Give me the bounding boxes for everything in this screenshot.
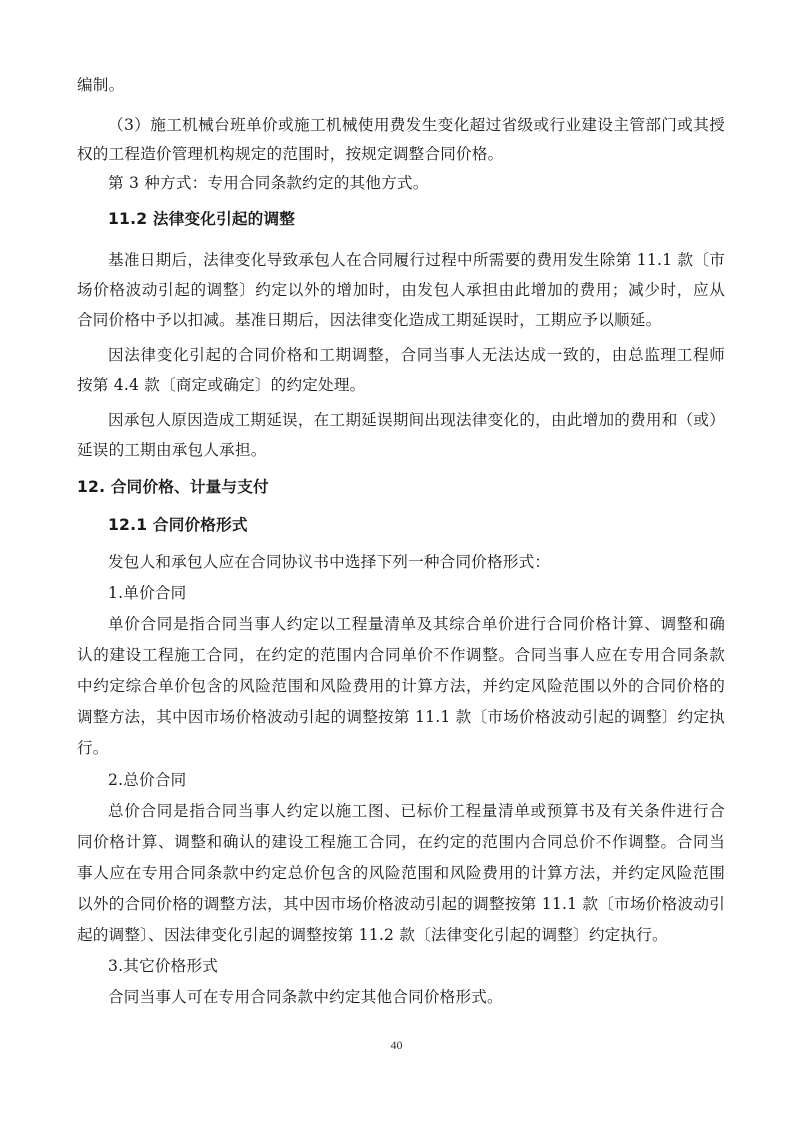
text-line: 以外的合同价格的调整方法，其中因市场价格波动引起的调整按第 11.1 款〔市场价… — [77, 894, 725, 914]
text-line: 同价格计算、调整和确认的建设工程施工合同，在约定的范围内合同总价不作调整。合同当 — [77, 832, 725, 852]
text-line: 2.总价合同 — [108, 770, 725, 790]
text-line: 起的调整〕、因法律变化引起的调整按第 11.2 款〔法律变化引起的调整〕约定执行… — [77, 925, 725, 945]
section-heading: 11.2 法律变化引起的调整 — [108, 209, 725, 229]
text-line: 延误的工期由承包人承担。 — [77, 440, 725, 460]
text-line: 发包人和承包人应在合同协议书中选择下列一种合同价格形式： — [108, 552, 725, 572]
text-line: 权的工程造价管理机构规定的范围时，按规定调整合同价格。 — [77, 144, 725, 164]
text-line: 事人应在专用合同条款中约定总价包含的风险范围和风险费用的计算方法，并约定风险范围 — [77, 863, 725, 883]
text-line: 行。 — [77, 738, 725, 758]
text-line: 第 3 种方式：专用合同条款约定的其他方式。 — [108, 173, 725, 193]
text-line: 单价合同是指合同当事人约定以工程量清单及其综合单价进行合同价格计算、调整和确 — [108, 614, 725, 634]
section-heading: 12.1 合同价格形式 — [108, 515, 725, 535]
text-line: 1.单价合同 — [108, 583, 725, 603]
text-line: 基准日期后，法律变化导致承包人在合同履行过程中所需要的费用发生除第 11.1 款… — [108, 250, 725, 270]
text-line: 3.其它价格形式 — [108, 956, 725, 976]
text-line: 因法律变化引起的合同价格和工期调整，合同当事人无法达成一致的，由总监理工程师 — [108, 345, 725, 365]
text-line: （3）施工机械台班单价或施工机械使用费发生变化超过省级或行业建设主管部门或其授 — [108, 115, 725, 135]
section-heading: 12. 合同价格、计量与支付 — [77, 477, 725, 497]
text-line: 因承包人原因造成工期延误，在工期延误期间出现法律变化的，由此增加的费用和（或） — [108, 410, 725, 430]
text-line: 场价格波动引起的调整〕约定以外的增加时，由发包人承担由此增加的费用；减少时，应从 — [77, 280, 725, 300]
text-line: 合同价格中予以扣减。基准日期后，因法律变化造成工期延误时，工期应予以顺延。 — [77, 310, 725, 330]
text-line: 编制。 — [77, 75, 725, 95]
text-line: 合同当事人可在专用合同条款中约定其他合同价格形式。 — [108, 987, 725, 1007]
text-line: 认的建设工程施工合同，在约定的范围内合同单价不作调整。合同当事人应在专用合同条款 — [77, 645, 725, 665]
page-number: 40 — [0, 1038, 793, 1053]
text-line: 中约定综合单价包含的风险范围和风险费用的计算方法，并约定风险范围以外的合同价格的 — [77, 676, 725, 696]
text-line: 总价合同是指合同当事人约定以施工图、已标价工程量清单或预算书及有关条件进行合 — [108, 801, 725, 821]
text-line: 调整方法，其中因市场价格波动引起的调整按第 11.1 款〔市场价格波动引起的调整… — [77, 707, 725, 727]
text-line: 按第 4.4 款〔商定或确定〕的约定处理。 — [77, 375, 725, 395]
